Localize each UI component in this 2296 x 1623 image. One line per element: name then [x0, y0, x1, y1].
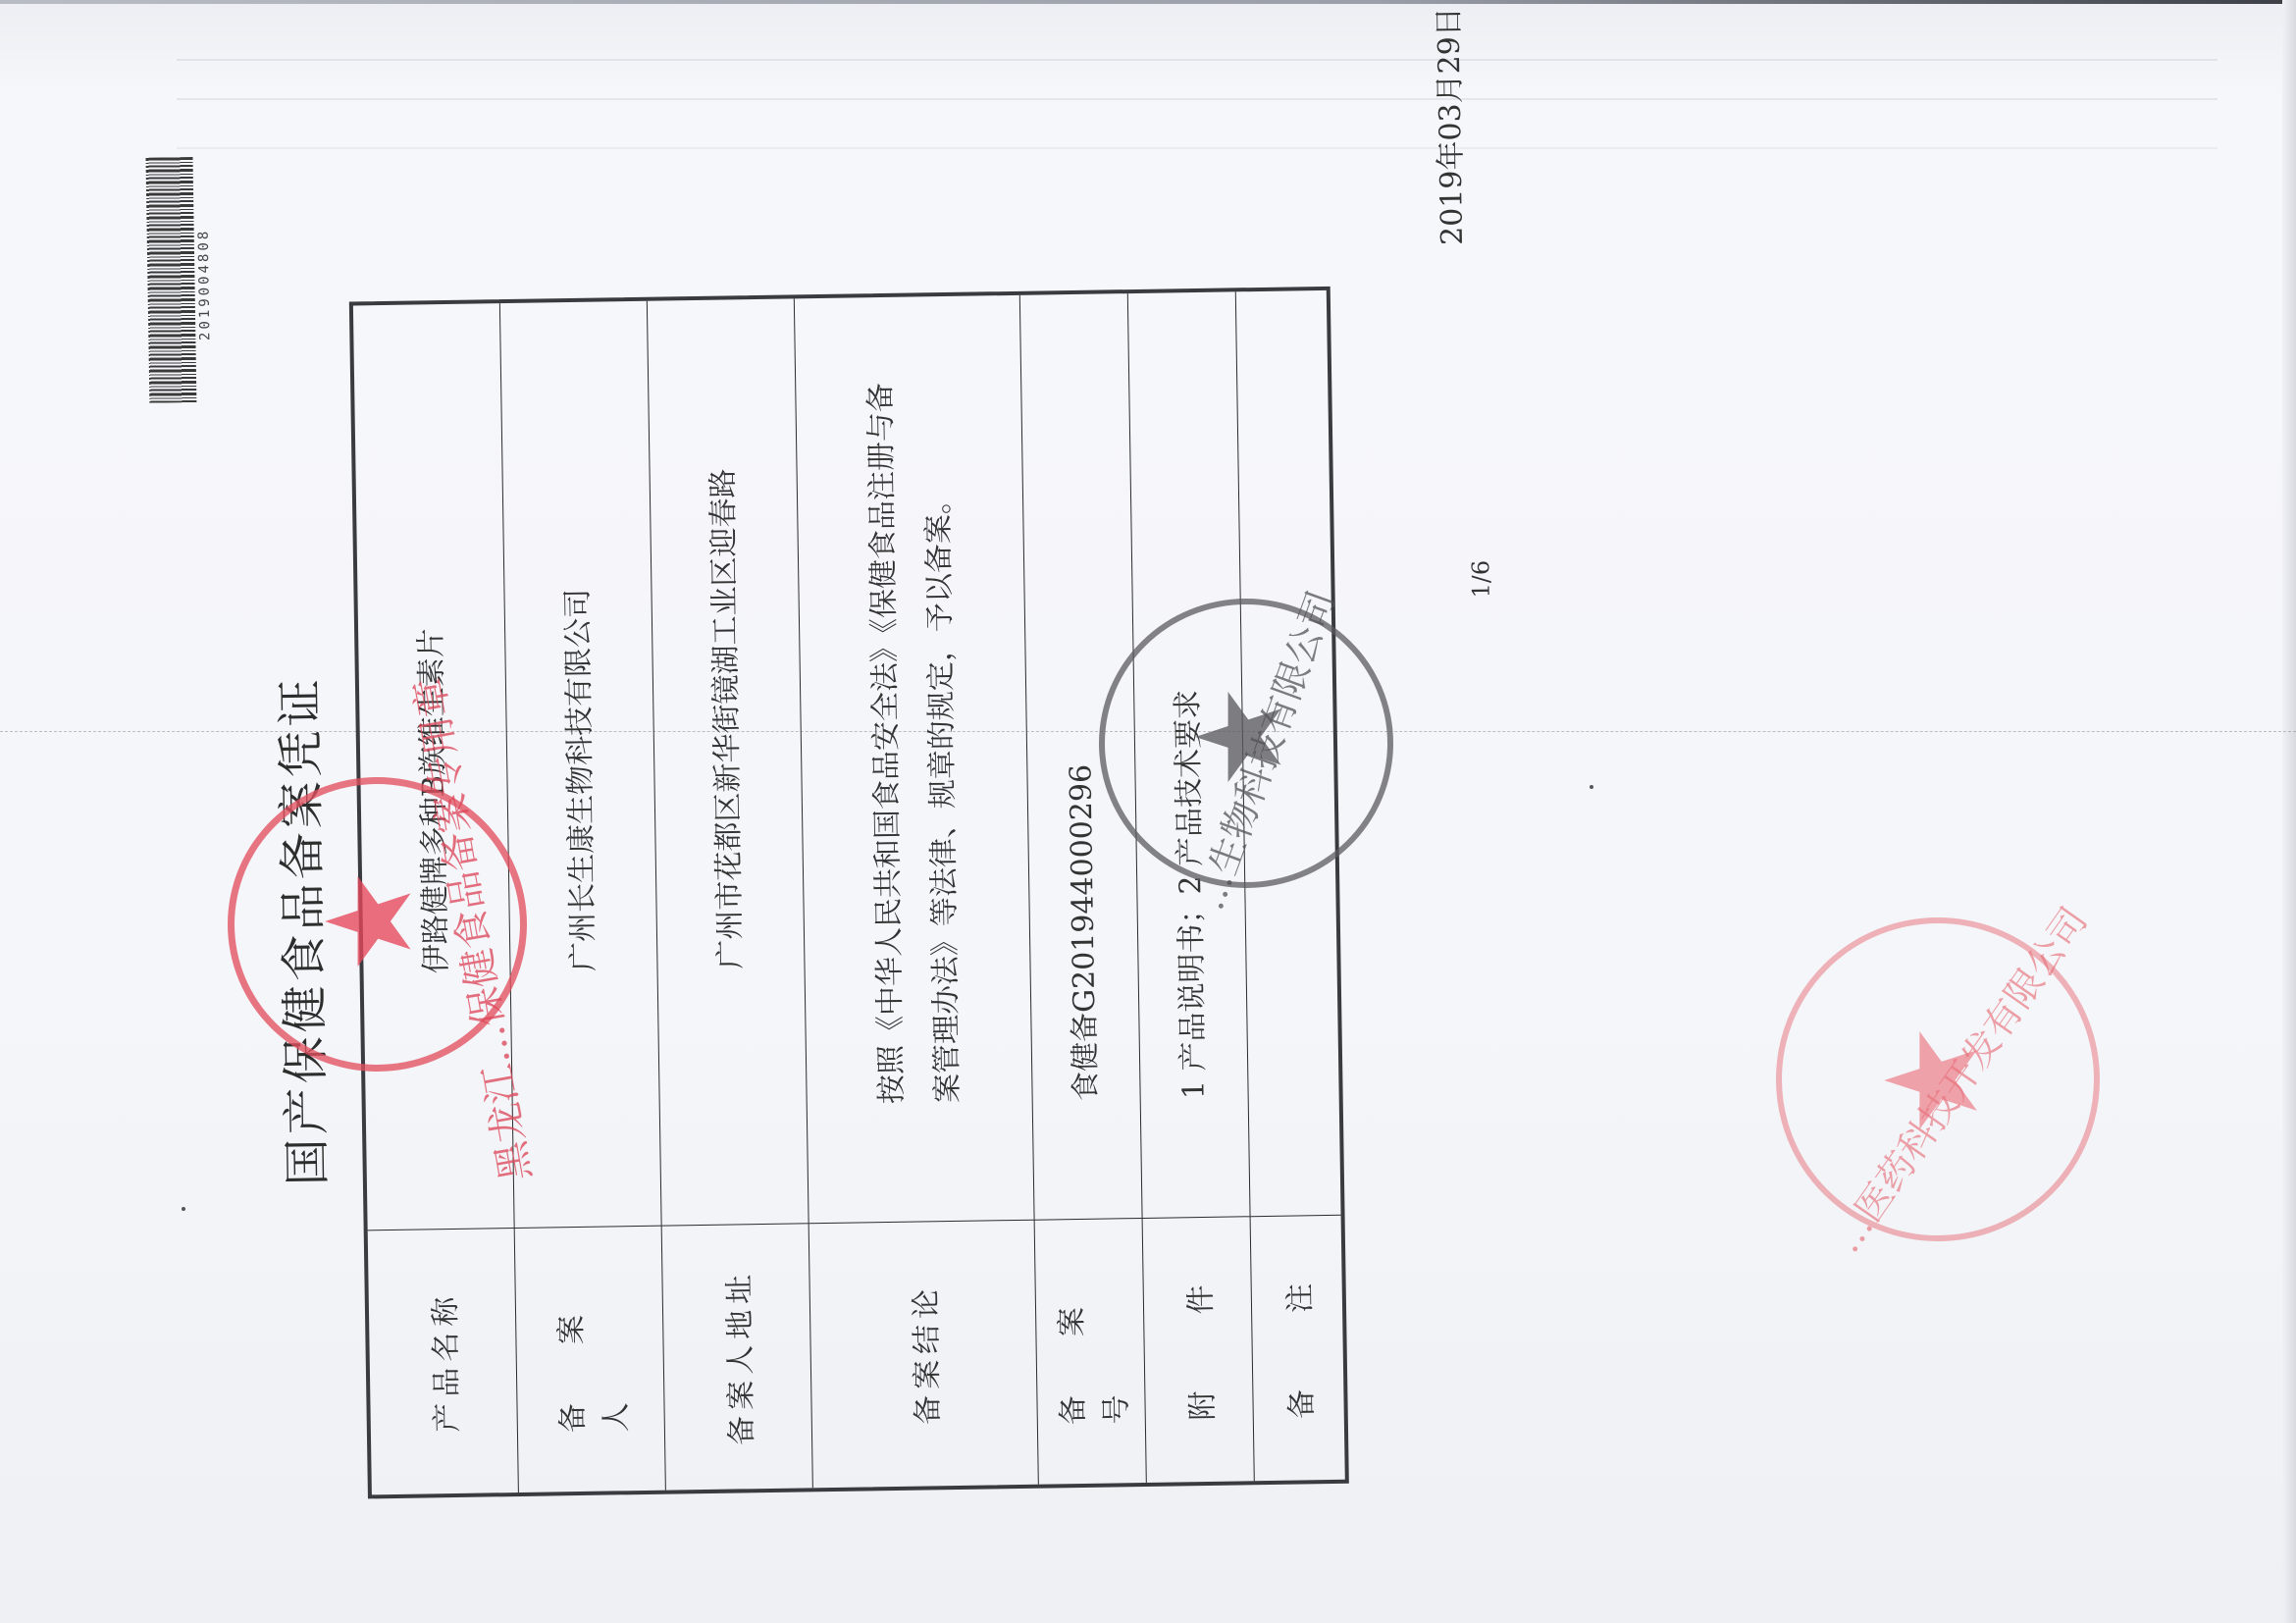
- label-filing-number: 备案号: [1035, 1218, 1147, 1485]
- issue-date: 2019年03月29日: [1424, 7, 1471, 245]
- value-filer-address: 广州市花都区新华街镜湖工业区迎春路: [648, 298, 809, 1225]
- label-product-name: 产品名称: [368, 1228, 519, 1494]
- barcode-number: 2019004808: [195, 186, 214, 383]
- label-filer-address: 备案人地址: [662, 1223, 813, 1490]
- scanner-edge-top: [0, 0, 2296, 4]
- scanner-edge-right: [2282, 0, 2296, 1623]
- company-seal-red: ★ …医药科技开发有限公司: [1776, 917, 2100, 1241]
- label-attachments: 附 件: [1143, 1216, 1255, 1483]
- page-number: 1/6: [1467, 560, 1495, 599]
- label-remarks: 备 注: [1251, 1215, 1345, 1481]
- star-icon: ★: [312, 868, 430, 974]
- company-seal-gray: ★ …生物科技有限公司: [1099, 599, 1393, 888]
- scan-speck: [182, 1207, 185, 1211]
- value-filing-conclusion: 按照《中华人民共和国食品安全法》《保健食品注册与备案管理办法》等法律、规章的规定…: [795, 295, 1035, 1223]
- barcode-icon: [145, 157, 196, 403]
- scanned-document: 2019004808 国产保健食品备案凭证 产品名称 伊路健牌多种B族维生素片 …: [0, 0, 2296, 1623]
- label-filer: 备案人: [515, 1226, 666, 1492]
- label-filing-conclusion: 备案结论: [809, 1220, 1039, 1489]
- scan-streak: [177, 59, 2218, 61]
- issuer-seal: ★ 黑龙江…保健食品备案专用章: [228, 777, 527, 1072]
- barcode: 2019004808: [145, 157, 208, 403]
- scan-speck: [1590, 785, 1593, 789]
